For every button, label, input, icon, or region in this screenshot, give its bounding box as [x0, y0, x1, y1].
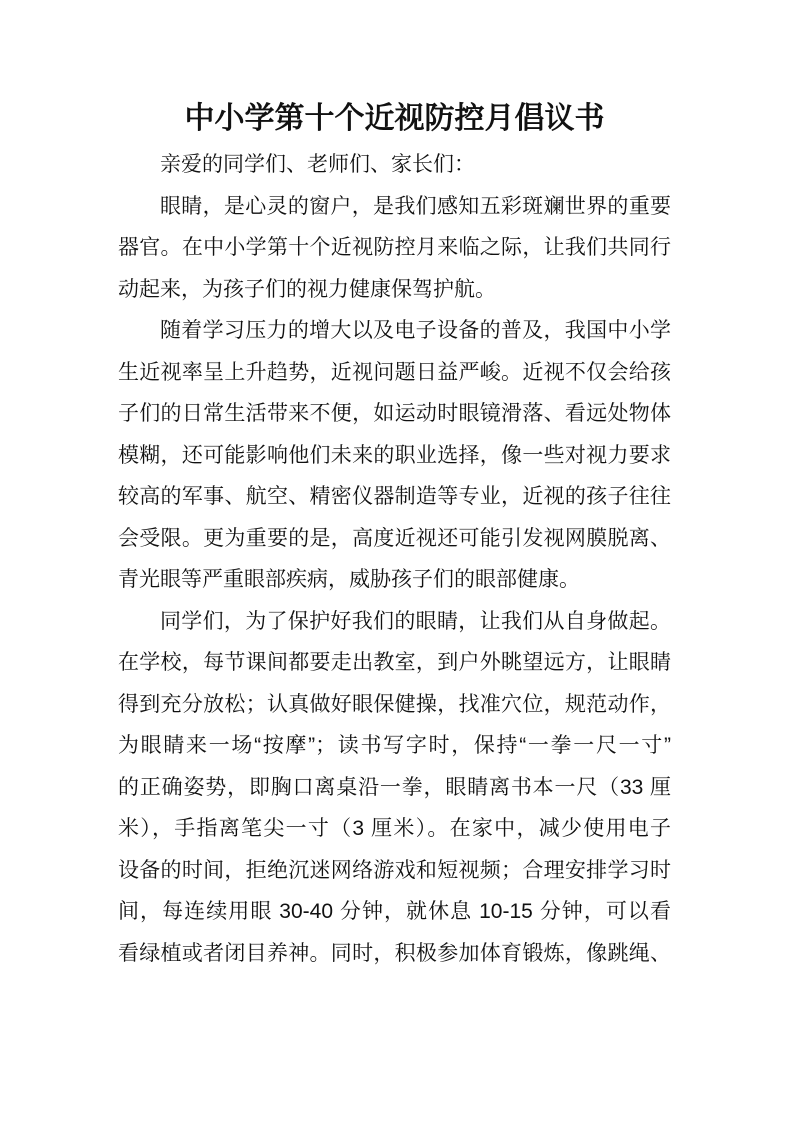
text-line: 得到充分放松；认真做好眼保健操，找准穴位，规范动作， [118, 684, 671, 726]
document-content: 中小学第十个近视防控月倡议书 亲爱的同学们、老师们、家长们：眼睛，是心灵的窗户，… [118, 94, 671, 974]
text-line: 模糊，还可能影响他们未来的职业选择，像一些对视力要求 [118, 435, 671, 477]
document-title: 中小学第十个近视防控月倡议书 [118, 94, 671, 144]
text-line: 子们的日常生活带来不便，如运动时眼镜滑落、看远处物体 [118, 393, 671, 435]
text-line: 亲爱的同学们、老师们、家长们： [118, 144, 671, 186]
text-line: 生近视率呈上升趋势，近视问题日益严峻。近视不仅会给孩 [118, 352, 671, 394]
text-line: 器官。在中小学第十个近视防控月来临之际，让我们共同行 [118, 227, 671, 269]
text-line: 的正确姿势，即胸口离桌沿一拳，眼睛离书本一尺（33 厘 [118, 767, 671, 809]
text-line: 为眼睛来一场“按摩”；读书写字时，保持“一拳一尺一寸” [118, 725, 671, 767]
text-line: 眼睛，是心灵的窗户，是我们感知五彩斑斓世界的重要 [118, 186, 671, 228]
text-line: 米），手指离笔尖一寸（3 厘米）。在家中，减少使用电子 [118, 808, 671, 850]
text-line: 青光眼等严重眼部疾病，威胁孩子们的眼部健康。 [118, 559, 671, 601]
document-body: 亲爱的同学们、老师们、家长们：眼睛，是心灵的窗户，是我们感知五彩斑斓世界的重要器… [118, 144, 671, 974]
text-line: 设备的时间，拒绝沉迷网络游戏和短视频；合理安排学习时 [118, 850, 671, 892]
text-line: 看绿植或者闭目养神。同时，积极参加体育锻炼，像跳绳、 [118, 933, 671, 975]
text-line: 会受限。更为重要的是，高度近视还可能引发视网膜脱离、 [118, 518, 671, 560]
text-line: 同学们，为了保护好我们的眼睛，让我们从自身做起。 [118, 601, 671, 643]
text-line: 较高的军事、航空、精密仪器制造等专业，近视的孩子往往 [118, 476, 671, 518]
text-line: 在学校，每节课间都要走出教室，到户外眺望远方，让眼睛 [118, 642, 671, 684]
text-line: 动起来，为孩子们的视力健康保驾护航。 [118, 269, 671, 311]
text-line: 间，每连续用眼 30-40 分钟，就休息 10-15 分钟，可以看 [118, 891, 671, 933]
document-page: 中小学第十个近视防控月倡议书 亲爱的同学们、老师们、家长们：眼睛，是心灵的窗户，… [0, 0, 793, 1122]
text-line: 随着学习压力的增大以及电子设备的普及，我国中小学 [118, 310, 671, 352]
